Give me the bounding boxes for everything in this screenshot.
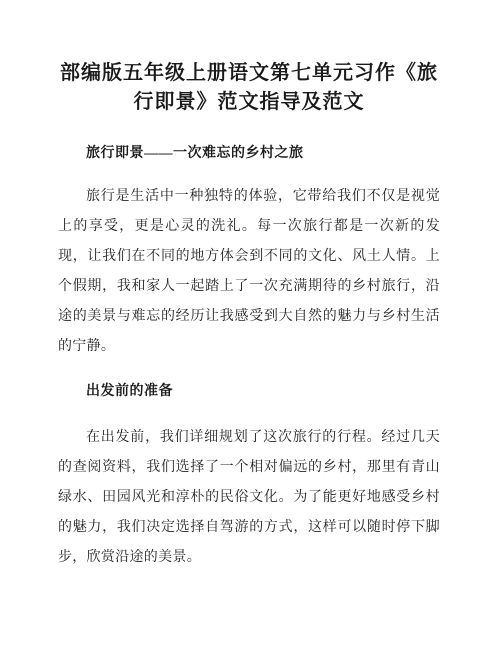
title-line-1: 部编版五年级上册语文第七单元习作《旅 — [58, 59, 440, 88]
section-heading-preparation: 出发前的准备 — [58, 377, 440, 407]
preparation-paragraph: 在出发前，我们详细规划了这次旅行的行程。经过几天的查阅资料，我们选择了一个相对偏… — [58, 423, 440, 573]
document-page: 部编版五年级上册语文第七单元习作《旅 行即景》范文指导及范文 旅行即景——一次难… — [0, 0, 500, 647]
document-title: 部编版五年级上册语文第七单元习作《旅 行即景》范文指导及范文 — [58, 59, 440, 117]
intro-paragraph: 旅行是生活中一种独特的体验，它带给我们不仅是视觉上的享受，更是心灵的洗礼。每一次… — [58, 182, 440, 362]
essay-subtitle: 旅行即景——一次难忘的乡村之旅 — [58, 139, 440, 169]
title-line-2: 行即景》范文指导及范文 — [58, 88, 440, 117]
